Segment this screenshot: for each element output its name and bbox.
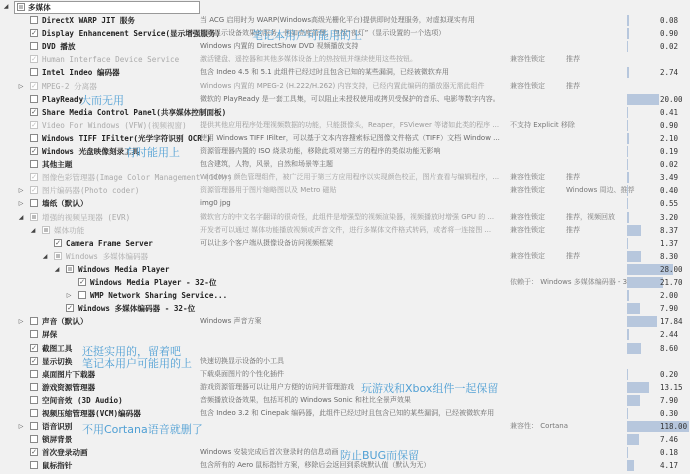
size-value: 0.02 — [660, 40, 678, 53]
feature-checkbox[interactable] — [30, 160, 38, 168]
feature-name: 锁屏背景 — [42, 433, 72, 446]
compatibility-status: 不支持 Explicit 移除 — [510, 119, 575, 132]
feature-name: Windows 多媒体编码器 — [66, 250, 148, 263]
feature-name: 声音（默认） — [42, 315, 88, 328]
feature-description: Windows 安装完成后首次登录时的信息动画 — [200, 446, 338, 459]
feature-description: 游戏资源管理器可以让用户方便的访问并管理游戏 — [200, 381, 354, 394]
feature-description: 激活键盘、遥控器和其他多媒体设备上的热按钮并继续使用这些按钮。 — [200, 53, 417, 66]
size-bar — [627, 15, 629, 26]
feature-row[interactable]: Camera Frame Server可以让多个客户端从摄像设备访问视频框架1.… — [0, 237, 690, 250]
size-bar — [627, 120, 628, 131]
feature-checkbox[interactable] — [30, 317, 38, 325]
feature-name: 空间音效 (3D Audio) — [42, 394, 123, 407]
expand-arrow-icon[interactable]: ▷ — [17, 197, 25, 210]
feature-checkbox[interactable] — [30, 357, 38, 365]
size-value: 0.40 — [660, 184, 678, 197]
feature-checkbox[interactable] — [30, 199, 38, 207]
feature-name: 屏保 — [42, 328, 57, 341]
recommendation-tag: 推荐 — [566, 80, 580, 93]
size-value: 2.00 — [660, 289, 678, 302]
size-value: 17.84 — [660, 315, 683, 328]
feature-checkbox[interactable] — [30, 186, 38, 194]
feature-checkbox[interactable] — [30, 330, 38, 338]
size-bar — [627, 395, 640, 406]
feature-row[interactable]: ▷声音（默认）Windows 声音方案17.84 — [0, 315, 690, 328]
feature-description: Windows 内置的 MPEG-2 (H.222/H.262) 内容支持，已经… — [200, 80, 485, 93]
size-bar — [627, 251, 641, 262]
feature-row[interactable]: Windows TIFF IFilter(光学字符识别 OCR )使用 Wind… — [0, 132, 690, 145]
annotation-note: 大而无用 — [80, 92, 124, 108]
size-value: 3.49 — [660, 171, 678, 184]
feature-checkbox[interactable] — [78, 291, 86, 299]
size-bar — [627, 303, 640, 314]
feature-checkbox[interactable] — [54, 239, 62, 247]
feature-name: 鼠标指针 — [42, 459, 72, 472]
annotation-note: 防止BUG而保留 — [340, 447, 419, 463]
feature-row[interactable]: ▷墙纸（默认）img0 jpg0.55 — [0, 197, 690, 210]
feature-checkbox[interactable] — [30, 108, 38, 116]
size-bar — [627, 329, 629, 340]
size-bar — [627, 238, 628, 249]
size-bar — [627, 343, 641, 354]
size-bar — [627, 185, 628, 196]
feature-checkbox[interactable] — [66, 265, 74, 273]
size-value: 4.17 — [660, 459, 678, 472]
size-value: 28.00 — [660, 263, 683, 276]
feature-description: 资源管理器内置的 ISO 烧录功能，移除此项对第三方的程序的类似功能无影响 — [200, 145, 440, 158]
feature-row[interactable]: Windows 多媒体编码器 - 32-位7.90 — [0, 302, 690, 315]
size-value: 3.20 — [660, 211, 678, 224]
feature-name: PlayReady — [42, 93, 83, 106]
size-value: 0.90 — [660, 119, 678, 132]
feature-description: 包含建筑，人物，风景，自然和场景等主题 — [200, 158, 333, 171]
feature-description: 下载桌面图片的个性化插件 — [200, 368, 284, 381]
feature-name: Human Interface Device Service — [42, 53, 179, 66]
feature-row[interactable]: ◢媒体功能开发者可以通过 媒体功能播放视频或声音文件，进行多媒体文件格式转码，或… — [0, 224, 690, 237]
size-value: 2.74 — [660, 66, 678, 79]
feature-description: 开发者可以通过 媒体功能播放视频或声音文件，进行多媒体文件格式转码，或者将一连接… — [200, 224, 491, 237]
feature-checkbox[interactable] — [30, 344, 38, 352]
root-label: 多媒体 — [28, 1, 51, 14]
size-bar — [627, 41, 628, 52]
size-value: 2.44 — [660, 328, 678, 341]
size-bar — [627, 290, 629, 301]
feature-name: Windows Media Player — [78, 263, 169, 276]
compatibility-status: 兼容性锁定 — [510, 171, 545, 184]
size-value: 8.37 — [660, 224, 678, 237]
feature-row[interactable]: ◢增强的视频呈现器 (EVR)微软官方的中文名字翻译的很奇怪，此组件是增强型的视… — [0, 211, 690, 224]
size-bar — [627, 460, 634, 471]
feature-name: Camera Frame Server — [66, 237, 153, 250]
feature-checkbox[interactable] — [30, 213, 38, 221]
recommendation-tag: 推荐 — [566, 224, 580, 237]
annotation-note: 笔记本用户可能用的上 — [252, 27, 362, 43]
tree-root[interactable]: ◢ 多媒体 — [0, 0, 690, 13]
annotation-note: 玩游戏和Xbox组件一起保留 — [361, 380, 498, 396]
feature-row[interactable]: Windows 光盘映像刻录工具资源管理器内置的 ISO 烧录功能，移除此项对第… — [0, 145, 690, 158]
feature-row[interactable]: 图像色彩管理器(Image Color Management (ICM))Win… — [0, 171, 690, 184]
feature-name: Share Media Control Panel(共享媒体控制面板) — [42, 106, 226, 119]
feature-checkbox[interactable] — [30, 173, 38, 181]
size-bar — [627, 159, 628, 170]
feature-description: 包含 Indeo 3.2 和 Cinepak 编码器，此组件已经过时且包含已知的… — [200, 407, 494, 420]
collapse-arrow-icon[interactable]: ◢ — [29, 224, 37, 237]
size-value: 21.70 — [660, 276, 683, 289]
compatibility-status: 兼容性锁定 — [510, 53, 545, 66]
size-bar — [627, 172, 629, 183]
recommendation-tag: 推荐 — [566, 250, 580, 263]
expand-arrow-icon[interactable]: ▷ — [65, 289, 73, 302]
feature-name: 墙纸（默认） — [42, 197, 88, 210]
feature-name: DirectX WARP JIT 服务 — [42, 14, 135, 27]
feature-row[interactable]: DirectX WARP JIT 服务当 ACG 启用时为 WARP(Windo… — [0, 14, 690, 27]
feature-name: 显示切换 — [42, 355, 72, 368]
feature-description: 快速切换显示设备的小工具 — [200, 355, 284, 368]
feature-row[interactable]: 空间音效 (3D Audio)音频播放设备效果，包括耳机的 Windows So… — [0, 394, 690, 407]
collapse-arrow-icon[interactable]: ◢ — [41, 250, 49, 263]
feature-checkbox[interactable] — [30, 370, 38, 378]
feature-checkbox[interactable] — [30, 422, 38, 430]
feature-description: 提供其他应用程序处理视频数据的功能，只能摄像头，Reaper，FSViewer … — [200, 119, 499, 132]
collapse-arrow-icon[interactable]: ◢ — [2, 0, 10, 13]
feature-name: 增强的视频呈现器 (EVR) — [42, 211, 130, 224]
size-value: 2.10 — [660, 132, 678, 145]
feature-name: Display Enhancement Service(显示增强服务) — [42, 27, 220, 40]
feature-name: 图片编码器(Photo coder) — [42, 184, 139, 197]
feature-name: 截图工具 — [42, 342, 72, 355]
feature-row[interactable]: 游戏资源管理器游戏资源管理器可以让用户方便的访问并管理游戏13.15 — [0, 381, 690, 394]
feature-checkbox[interactable] — [30, 29, 38, 37]
size-bar — [627, 212, 629, 223]
size-bar — [627, 225, 641, 236]
size-value: 0.19 — [660, 145, 678, 158]
size-bar — [627, 408, 628, 419]
feature-checkbox[interactable] — [30, 42, 38, 50]
feature-row[interactable]: 屏保2.44 — [0, 328, 690, 341]
size-value: 0.18 — [660, 446, 678, 459]
size-value: 1.37 — [660, 237, 678, 250]
size-bar — [627, 198, 628, 209]
feature-description: 资源管理器用于图片缩略图以及 Metro 磁贴 — [200, 184, 337, 197]
feature-checkbox[interactable] — [30, 68, 38, 76]
size-bar — [627, 316, 657, 327]
size-value: 8.30 — [660, 250, 678, 263]
feature-description: img0 jpg — [200, 197, 231, 210]
size-value: 0.20 — [660, 368, 678, 381]
feature-name: 语音识别 — [42, 420, 72, 433]
size-bar — [627, 447, 628, 458]
feature-description: 包含 Indeo 4.5 和 5.1 此组件已经过时且包含已知的某些漏洞，已经被… — [200, 66, 449, 79]
feature-name: Video For Windows (VFW)(视频视窗) — [42, 119, 187, 132]
size-value: 0.02 — [660, 158, 678, 171]
root-checkbox[interactable] — [17, 3, 25, 11]
annotation-note: 有时能用上 — [125, 144, 180, 160]
feature-name: 视频压缩管理器(VCM)编码器 — [42, 407, 141, 420]
size-value: 0.41 — [660, 106, 678, 119]
size-value: 0.08 — [660, 14, 678, 27]
feature-checkbox[interactable] — [30, 134, 38, 142]
feature-checkbox[interactable] — [30, 396, 38, 404]
feature-row[interactable]: ▷图片编码器(Photo coder)资源管理器用于图片缩略图以及 Metro … — [0, 184, 690, 197]
size-bar — [627, 277, 663, 288]
expand-arrow-icon[interactable]: ▷ — [17, 420, 25, 433]
feature-description: Windows 声音方案 — [200, 315, 261, 328]
size-bar — [627, 382, 649, 393]
size-value: 20.00 — [660, 93, 683, 106]
annotation-note: 笔记本用户可能用的上 — [82, 355, 192, 371]
size-value: 7.46 — [660, 433, 678, 446]
feature-checkbox[interactable] — [30, 461, 38, 469]
feature-name: 媒体功能 — [54, 224, 84, 237]
feature-name: WMP Network Sharing Service... — [90, 289, 227, 302]
feature-checkbox[interactable] — [78, 278, 86, 286]
size-value: 0.30 — [660, 407, 678, 420]
feature-checkbox[interactable] — [30, 82, 38, 90]
annotation-note: 不用Cortana语音就删了 — [82, 421, 203, 437]
feature-description: 微软的 PlayReady 是一套工具集，可以阻止未授权使用或拷贝受保护的音乐、… — [200, 93, 500, 106]
size-bar — [627, 67, 629, 78]
size-value: 7.90 — [660, 302, 678, 315]
feature-checkbox[interactable] — [30, 409, 38, 417]
feature-row[interactable]: 视频压缩管理器(VCM)编码器包含 Indeo 3.2 和 Cinepak 编码… — [0, 407, 690, 420]
feature-row[interactable]: Human Interface Device Service激活键盘、遥控器和其… — [0, 53, 690, 66]
feature-row[interactable]: ◢Windows 多媒体编码器兼容性锁定推荐8.30 — [0, 250, 690, 263]
recommendation-tag: 推荐，视频回放 — [566, 211, 615, 224]
expand-arrow-icon[interactable]: ▷ — [17, 184, 25, 197]
compatibility-status: 兼容性锁定 — [510, 211, 545, 224]
recommendation-tag: Windows 周边、推荐 — [566, 184, 634, 197]
expand-arrow-icon[interactable]: ▷ — [17, 80, 25, 93]
expand-arrow-icon[interactable]: ▷ — [17, 315, 25, 328]
feature-checkbox[interactable] — [30, 147, 38, 155]
feature-checkbox[interactable] — [30, 448, 38, 456]
size-bar — [627, 434, 639, 445]
feature-checkbox[interactable] — [30, 16, 38, 24]
size-bar — [627, 28, 629, 39]
size-value: 0.55 — [660, 197, 678, 210]
feature-checkbox[interactable] — [66, 304, 74, 312]
size-value: 118.00 — [660, 420, 687, 433]
collapse-arrow-icon[interactable]: ◢ — [17, 211, 25, 224]
compatibility-status: 兼容性锁定 — [510, 250, 545, 263]
size-bar — [627, 107, 628, 118]
size-bar — [627, 369, 628, 380]
size-bar — [627, 146, 628, 157]
feature-row[interactable]: ◢Windows Media Player28.00 — [0, 263, 690, 276]
size-value: 8.60 — [660, 342, 678, 355]
feature-checkbox[interactable] — [30, 383, 38, 391]
size-bar — [627, 94, 659, 105]
feature-row[interactable]: Video For Windows (VFW)(视频视窗)提供其他应用程序处理视… — [0, 119, 690, 132]
recommendation-tag: 推荐 — [566, 171, 580, 184]
compatibility-status: 兼容性锁定 — [510, 184, 545, 197]
feature-checkbox[interactable] — [30, 55, 38, 63]
feature-name: 游戏资源管理器 — [42, 381, 95, 394]
feature-checkbox[interactable] — [30, 435, 38, 443]
feature-row[interactable]: Intel Indeo 编码器包含 Indeo 4.5 和 5.1 此组件已经过… — [0, 66, 690, 79]
feature-description: 当 ACG 启用时为 WARP(Windows高级光栅化平台)提供即时处理服务，… — [200, 14, 475, 27]
feature-checkbox[interactable] — [30, 121, 38, 129]
compatibility-status: 兼容性锁定 — [510, 80, 545, 93]
feature-description: Windows 颜色管理组件，被广泛用于第三方应用程序以实现颜色校正，图片查看与… — [200, 171, 499, 184]
collapse-arrow-icon[interactable]: ◢ — [53, 263, 61, 276]
feature-row[interactable]: 其他主题包含建筑，人物，风景，自然和场景等主题0.02 — [0, 158, 690, 171]
compatibility-status: 兼容性锁定 — [510, 224, 545, 237]
feature-description: 微软官方的中文名字翻译的很奇怪，此组件是增强型的视频渲染器，视频播放时增强 GP… — [200, 211, 494, 224]
feature-name: 其他主题 — [42, 158, 72, 171]
size-value: 7.90 — [660, 394, 678, 407]
recommendation-tag: 推荐 — [566, 53, 580, 66]
size-value: 0.90 — [660, 27, 678, 40]
feature-description: 使用 Windows TIFF IFilter，可以基于文本内容搜索标记图像文件… — [200, 132, 500, 145]
feature-checkbox[interactable] — [42, 226, 50, 234]
compatibility-status: 依赖于： Windows 多媒体编码器 - 32-位 — [510, 276, 641, 289]
feature-name: DVD 播放 — [42, 40, 75, 53]
feature-description: 可以让多个客户端从摄像设备访问视频框架 — [200, 237, 333, 250]
feature-row[interactable]: Windows Media Player - 32-位依赖于： Windows … — [0, 276, 690, 289]
feature-name: Windows 多媒体编码器 - 32-位 — [78, 302, 195, 315]
feature-name: 首次登录动画 — [42, 446, 88, 459]
feature-name: Windows Media Player - 32-位 — [90, 276, 216, 289]
feature-row[interactable]: ▷WMP Network Sharing Service...2.00 — [0, 289, 690, 302]
feature-checkbox[interactable] — [30, 95, 38, 103]
compatibility-status: 兼容性： Cortana — [510, 420, 568, 433]
feature-checkbox[interactable] — [54, 252, 62, 260]
size-bar — [627, 133, 629, 144]
feature-name: Intel Indeo 编码器 — [42, 66, 120, 79]
size-value: 13.15 — [660, 381, 683, 394]
